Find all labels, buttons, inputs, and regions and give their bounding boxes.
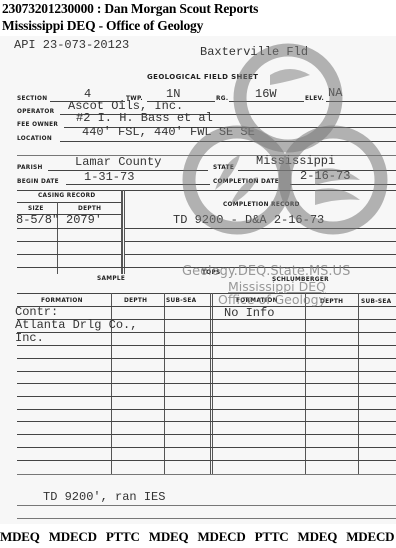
rg-line (229, 101, 304, 102)
scanned-field-sheet: API 23-073-20123 Baxterville Fld GEOLOGI… (0, 36, 396, 524)
remarks-line (17, 505, 396, 506)
schl-subsea-header: SUB-SEA (361, 299, 391, 305)
sample-title: SAMPLE (97, 276, 125, 282)
table-row-line (17, 421, 396, 422)
api-number: API 23-073-20123 (14, 38, 129, 52)
table-row-line (17, 409, 396, 410)
table-bottom-line (17, 474, 396, 475)
sample-row-1: Contr: (15, 305, 58, 319)
remarks: TD 9200', ran IES (43, 490, 165, 504)
schl-row-1: No Info (224, 306, 274, 320)
watermark-url: Geology.DEQ.State.MS.US (182, 264, 350, 279)
location-line (60, 141, 396, 142)
fee-owner-value: #2 I. H. Bass et al (76, 111, 213, 125)
casing-size-value: 8-5/8" (16, 213, 59, 227)
completion-line (125, 254, 396, 255)
completion-date-line (290, 184, 396, 185)
state-label: STATE (213, 165, 234, 171)
begin-date-label: BEGIN DATE (17, 179, 59, 185)
table-row-line (17, 447, 396, 448)
table-row-line (17, 434, 396, 435)
parish-label: PARISH (17, 165, 43, 171)
casing-row-line (17, 241, 121, 242)
table-row-line (17, 371, 396, 372)
rg-value: 16W (255, 87, 277, 101)
fee-owner-label: FEE OWNER (17, 122, 58, 128)
table-row-line (17, 358, 396, 359)
completion-date-label: COMPLETION DATE (213, 179, 279, 185)
completion-date-value: 2-16-73 (300, 169, 350, 183)
completion-line (125, 241, 396, 242)
table-row-line (17, 396, 396, 397)
elev-value: NA (328, 86, 342, 100)
sample-row-3: Inc. (15, 331, 44, 345)
elev-label: ELEV. (305, 96, 324, 102)
parish-value: Lamar County (75, 155, 161, 169)
table-row-line (17, 383, 396, 384)
watermark-office: Office of Geology (218, 292, 326, 307)
report-subtitle: Mississippi DEQ - Office of Geology (2, 18, 203, 34)
sample-subsea-header: SUB-SEA (166, 298, 196, 304)
rg-label: RG. (216, 96, 228, 102)
elev-line (326, 101, 396, 102)
completion-record-title: COMPLETION RECORD (223, 202, 300, 208)
table-row-line (17, 306, 396, 307)
location-label: LOCATION (17, 136, 52, 142)
casing-depth-value: 2079' (66, 213, 102, 227)
casing-size-header: SIZE (28, 206, 44, 212)
begin-date-line (66, 184, 210, 185)
casing-row-line (17, 254, 121, 255)
divider (17, 190, 396, 191)
footer-banner: MDEQ MDECD PTTC MDEQ MDECD PTTC MDEQ MDE… (0, 529, 396, 545)
table-row-line (17, 460, 396, 461)
completion-line (125, 228, 396, 229)
begin-date-value: 1-31-73 (84, 170, 134, 184)
location-value: 440' FSL, 440' FWL SE SE (82, 125, 255, 139)
operator-label: OPERATOR (17, 109, 54, 115)
sample-row-2: Atlanta Drlg Co., (15, 318, 137, 332)
table-row-line (17, 332, 396, 333)
remarks-line (17, 518, 396, 519)
casing-row-line (17, 228, 121, 229)
sample-formation-header: FORMATION (41, 298, 83, 304)
casing-divider (17, 202, 121, 203)
divider (17, 155, 396, 156)
field-name: Baxterville Fld (200, 45, 308, 59)
completion-record-value: TD 9200 - D&A 2-16-73 (173, 213, 324, 227)
casing-record-title: CASING RECORD (38, 193, 95, 199)
sample-depth-header: DEPTH (124, 298, 147, 304)
casing-right-border (124, 190, 125, 274)
table-top-line (17, 293, 396, 294)
table-row-line (17, 345, 396, 346)
casing-depth-header: DEPTH (78, 206, 101, 212)
section-label: SECTION (17, 96, 47, 102)
casing-right-border (121, 190, 123, 274)
sheet-title: GEOLOGICAL FIELD SHEET (147, 73, 258, 81)
report-title: 23073201230000 : Dan Morgan Scout Report… (2, 1, 258, 17)
state-value: Mississippi (256, 154, 335, 168)
